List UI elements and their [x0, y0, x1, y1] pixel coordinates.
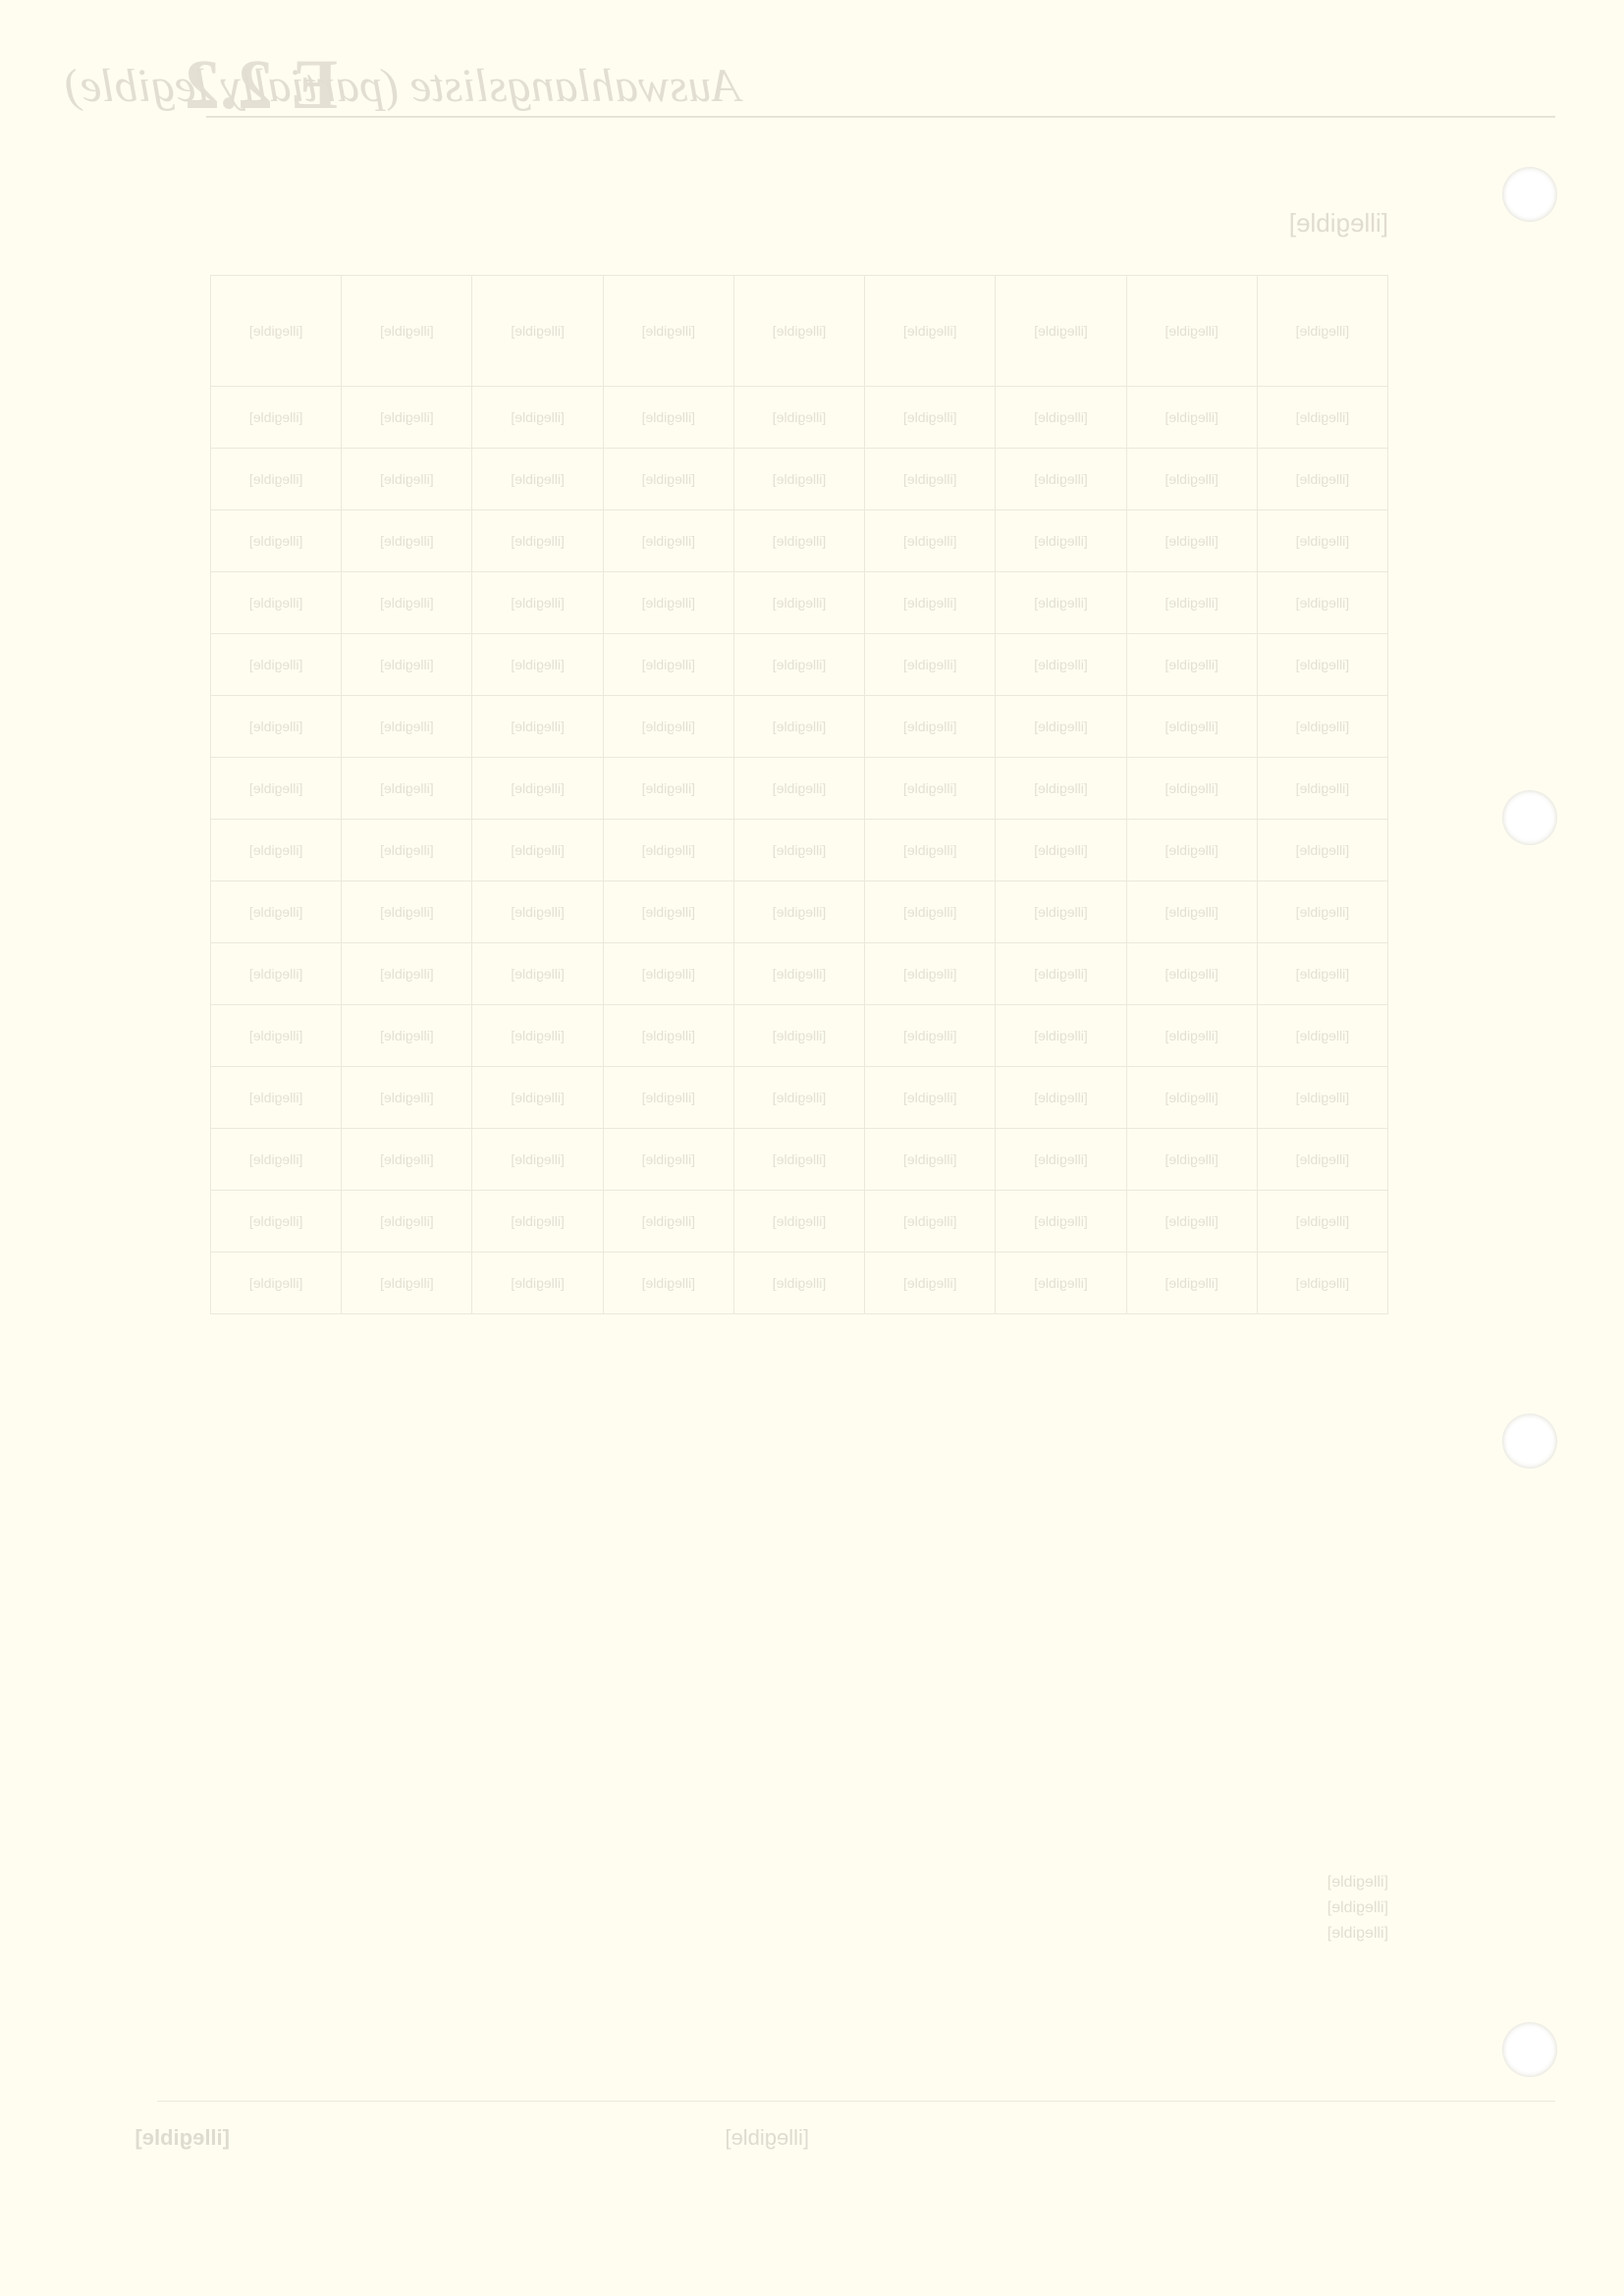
table-cell: [illegible]: [211, 1253, 342, 1314]
table-cell: [illegible]: [996, 1067, 1126, 1129]
table-cell: [illegible]: [211, 696, 342, 758]
table-cell: [illegible]: [865, 1129, 996, 1191]
table-cell: [illegible]: [211, 1067, 342, 1129]
table-cell: [illegible]: [996, 449, 1126, 510]
table-cell: [illegible]: [1126, 881, 1257, 943]
table-row: [illegible][illegible][illegible][illegi…: [211, 1253, 1388, 1314]
table-cell: [illegible]: [603, 1067, 733, 1129]
table-cell: [illegible]: [211, 1191, 342, 1253]
table-cell: [illegible]: [996, 943, 1126, 1005]
table-cell: [illegible]: [865, 696, 996, 758]
table-cell: [illegible]: [1257, 696, 1387, 758]
table-cell: [illegible]: [865, 449, 996, 510]
column-header: [illegible]: [211, 276, 342, 387]
punch-hole-icon: [1502, 167, 1557, 222]
footnote: [illegible]: [210, 1921, 1388, 1947]
table-cell: [illegible]: [1257, 572, 1387, 634]
punch-hole-icon: [1502, 1414, 1557, 1468]
table-cell: [illegible]: [603, 449, 733, 510]
column-header: [illegible]: [865, 276, 996, 387]
table-cell: [illegible]: [211, 943, 342, 1005]
table-cell: [illegible]: [733, 449, 864, 510]
table-cell: [illegible]: [472, 1005, 603, 1067]
table-cell: [illegible]: [865, 387, 996, 449]
table-cell: [illegible]: [1257, 1005, 1387, 1067]
table-cell: [illegible]: [211, 1005, 342, 1067]
table-cell: [illegible]: [603, 1253, 733, 1314]
data-table: [illegible] [illegible] [illegible] [ill…: [210, 275, 1388, 1314]
table-cell: [illegible]: [1126, 1253, 1257, 1314]
table-cell: [illegible]: [472, 881, 603, 943]
column-header: [illegible]: [472, 276, 603, 387]
table-cell: [illegible]: [996, 1253, 1126, 1314]
table-cell: [illegible]: [996, 387, 1126, 449]
table-row: [illegible][illegible][illegible][illegi…: [211, 572, 1388, 634]
table-cell: [illegible]: [342, 1067, 472, 1129]
table-cell: [illegible]: [342, 634, 472, 696]
table-cell: [illegible]: [472, 943, 603, 1005]
table-cell: [illegible]: [211, 820, 342, 881]
table-cell: [illegible]: [342, 510, 472, 572]
table-row: [illegible][illegible][illegible][illegi…: [211, 387, 1388, 449]
header-divider: [206, 116, 1555, 118]
footer-divider: [157, 2101, 1555, 2102]
table-row: [illegible][illegible][illegible][illegi…: [211, 634, 1388, 696]
table-cell: [illegible]: [733, 1067, 864, 1129]
table-cell: [illegible]: [996, 758, 1126, 820]
table-cell: [illegible]: [603, 387, 733, 449]
table-cell: [illegible]: [211, 449, 342, 510]
table-row: [illegible][illegible][illegible][illegi…: [211, 943, 1388, 1005]
table-cell: [illegible]: [342, 1191, 472, 1253]
subtitle: [illegible]: [1289, 208, 1388, 239]
table-cell: [illegible]: [342, 1005, 472, 1067]
table-cell: [illegible]: [211, 634, 342, 696]
table-cell: [illegible]: [1257, 634, 1387, 696]
table-cell: [illegible]: [472, 1253, 603, 1314]
table-cell: [illegible]: [472, 1067, 603, 1129]
table-cell: [illegible]: [1257, 510, 1387, 572]
table-cell: [illegible]: [865, 634, 996, 696]
column-header: [illegible]: [733, 276, 864, 387]
table-cell: [illegible]: [1257, 1067, 1387, 1129]
table-cell: [illegible]: [211, 1129, 342, 1191]
table-cell: [illegible]: [733, 943, 864, 1005]
table-cell: [illegible]: [996, 1191, 1126, 1253]
table-cell: [illegible]: [603, 696, 733, 758]
table-cell: [illegible]: [1126, 1191, 1257, 1253]
table-cell: [illegible]: [342, 1129, 472, 1191]
table-cell: [illegible]: [733, 572, 864, 634]
table-cell: [illegible]: [865, 1191, 996, 1253]
table-cell: [illegible]: [472, 634, 603, 696]
page-number: [illegible]: [135, 2125, 230, 2151]
table-cell: [illegible]: [865, 943, 996, 1005]
table-cell: [illegible]: [603, 1191, 733, 1253]
table-cell: [illegible]: [733, 1129, 864, 1191]
column-header: [illegible]: [342, 276, 472, 387]
table-cell: [illegible]: [733, 696, 864, 758]
table-body: [illegible][illegible][illegible][illegi…: [211, 387, 1388, 1314]
table-cell: [illegible]: [472, 387, 603, 449]
table-cell: [illegible]: [603, 1129, 733, 1191]
table-row: [illegible][illegible][illegible][illegi…: [211, 1191, 1388, 1253]
table-cell: [illegible]: [211, 387, 342, 449]
table-cell: [illegible]: [865, 1005, 996, 1067]
table-header-row: [illegible] [illegible] [illegible] [ill…: [211, 276, 1388, 387]
table-cell: [illegible]: [733, 387, 864, 449]
table-cell: [illegible]: [342, 820, 472, 881]
table-cell: [illegible]: [1126, 696, 1257, 758]
column-header: [illegible]: [1126, 276, 1257, 387]
table-cell: [illegible]: [1257, 1129, 1387, 1191]
table-cell: [illegible]: [733, 1005, 864, 1067]
table-cell: [illegible]: [1257, 387, 1387, 449]
table-cell: [illegible]: [472, 510, 603, 572]
table-cell: [illegible]: [996, 1129, 1126, 1191]
table-cell: [illegible]: [1126, 572, 1257, 634]
table-cell: [illegible]: [342, 572, 472, 634]
table-cell: [illegible]: [1126, 820, 1257, 881]
table-cell: [illegible]: [996, 572, 1126, 634]
footnotes: [illegible] [illegible] [illegible]: [210, 1870, 1388, 1947]
table-cell: [illegible]: [603, 943, 733, 1005]
table-cell: [illegible]: [603, 881, 733, 943]
table-cell: [illegible]: [603, 572, 733, 634]
page-title: Auswahlangsliste (partially legible): [65, 59, 740, 113]
table-cell: [illegible]: [472, 696, 603, 758]
table-cell: [illegible]: [472, 820, 603, 881]
table-cell: [illegible]: [472, 758, 603, 820]
table-cell: [illegible]: [1126, 510, 1257, 572]
table-cell: [illegible]: [342, 881, 472, 943]
table-cell: [illegible]: [865, 1253, 996, 1314]
table-cell: [illegible]: [1257, 881, 1387, 943]
table-cell: [illegible]: [996, 634, 1126, 696]
table-row: [illegible][illegible][illegible][illegi…: [211, 1005, 1388, 1067]
table-cell: [illegible]: [865, 820, 996, 881]
table-cell: [illegible]: [211, 510, 342, 572]
table-cell: [illegible]: [211, 572, 342, 634]
table-cell: [illegible]: [603, 510, 733, 572]
table-cell: [illegible]: [342, 758, 472, 820]
table-cell: [illegible]: [1126, 1005, 1257, 1067]
table-cell: [illegible]: [996, 696, 1126, 758]
table-cell: [illegible]: [733, 881, 864, 943]
table-row: [illegible][illegible][illegible][illegi…: [211, 696, 1388, 758]
table-cell: [illegible]: [1126, 758, 1257, 820]
punch-hole-icon: [1502, 2022, 1557, 2077]
table-cell: [illegible]: [472, 1191, 603, 1253]
footnote: [illegible]: [210, 1870, 1388, 1896]
table-cell: [illegible]: [1126, 1129, 1257, 1191]
table-cell: [illegible]: [1257, 1253, 1387, 1314]
table-cell: [illegible]: [865, 1067, 996, 1129]
table-cell: [illegible]: [1126, 387, 1257, 449]
table-cell: [illegible]: [733, 1191, 864, 1253]
mirrored-page: E 2.2 Auswahlangsliste (partially legibl…: [0, 0, 1624, 2296]
table-cell: [illegible]: [603, 758, 733, 820]
column-header: [illegible]: [1257, 276, 1387, 387]
table-cell: [illegible]: [1257, 943, 1387, 1005]
table-cell: [illegible]: [1126, 634, 1257, 696]
table-cell: [illegible]: [1257, 758, 1387, 820]
footer-text: [illegible]: [725, 2125, 809, 2151]
table-cell: [illegible]: [342, 1253, 472, 1314]
table-cell: [illegible]: [733, 634, 864, 696]
table-cell: [illegible]: [472, 1129, 603, 1191]
table-cell: [illegible]: [1126, 449, 1257, 510]
table-row: [illegible][illegible][illegible][illegi…: [211, 758, 1388, 820]
table-cell: [illegible]: [342, 449, 472, 510]
table-cell: [illegible]: [996, 1005, 1126, 1067]
table-cell: [illegible]: [603, 1005, 733, 1067]
table-cell: [illegible]: [1257, 449, 1387, 510]
table-cell: [illegible]: [472, 449, 603, 510]
table-row: [illegible][illegible][illegible][illegi…: [211, 881, 1388, 943]
table-cell: [illegible]: [996, 510, 1126, 572]
table-cell: [illegible]: [733, 1253, 864, 1314]
table-row: [illegible][illegible][illegible][illegi…: [211, 1067, 1388, 1129]
table-cell: [illegible]: [1126, 943, 1257, 1005]
table-cell: [illegible]: [342, 943, 472, 1005]
table-cell: [illegible]: [865, 881, 996, 943]
table-cell: [illegible]: [733, 820, 864, 881]
table-cell: [illegible]: [865, 510, 996, 572]
table-cell: [illegible]: [211, 758, 342, 820]
table-cell: [illegible]: [603, 634, 733, 696]
column-header: [illegible]: [603, 276, 733, 387]
table-row: [illegible][illegible][illegible][illegi…: [211, 820, 1388, 881]
table-cell: [illegible]: [733, 758, 864, 820]
table-cell: [illegible]: [1257, 820, 1387, 881]
table-cell: [illegible]: [733, 510, 864, 572]
table-row: [illegible][illegible][illegible][illegi…: [211, 1129, 1388, 1191]
table-cell: [illegible]: [342, 387, 472, 449]
table-cell: [illegible]: [865, 758, 996, 820]
table-cell: [illegible]: [1257, 1191, 1387, 1253]
footnote: [illegible]: [210, 1896, 1388, 1921]
table-row: [illegible][illegible][illegible][illegi…: [211, 449, 1388, 510]
table-cell: [illegible]: [603, 820, 733, 881]
table-cell: [illegible]: [996, 820, 1126, 881]
table-cell: [illegible]: [211, 881, 342, 943]
table-row: [illegible][illegible][illegible][illegi…: [211, 510, 1388, 572]
table-cell: [illegible]: [1126, 1067, 1257, 1129]
table-cell: [illegible]: [996, 881, 1126, 943]
table-cell: [illegible]: [472, 572, 603, 634]
table-cell: [illegible]: [865, 572, 996, 634]
punch-hole-icon: [1502, 790, 1557, 845]
table-cell: [illegible]: [342, 696, 472, 758]
column-header: [illegible]: [996, 276, 1126, 387]
